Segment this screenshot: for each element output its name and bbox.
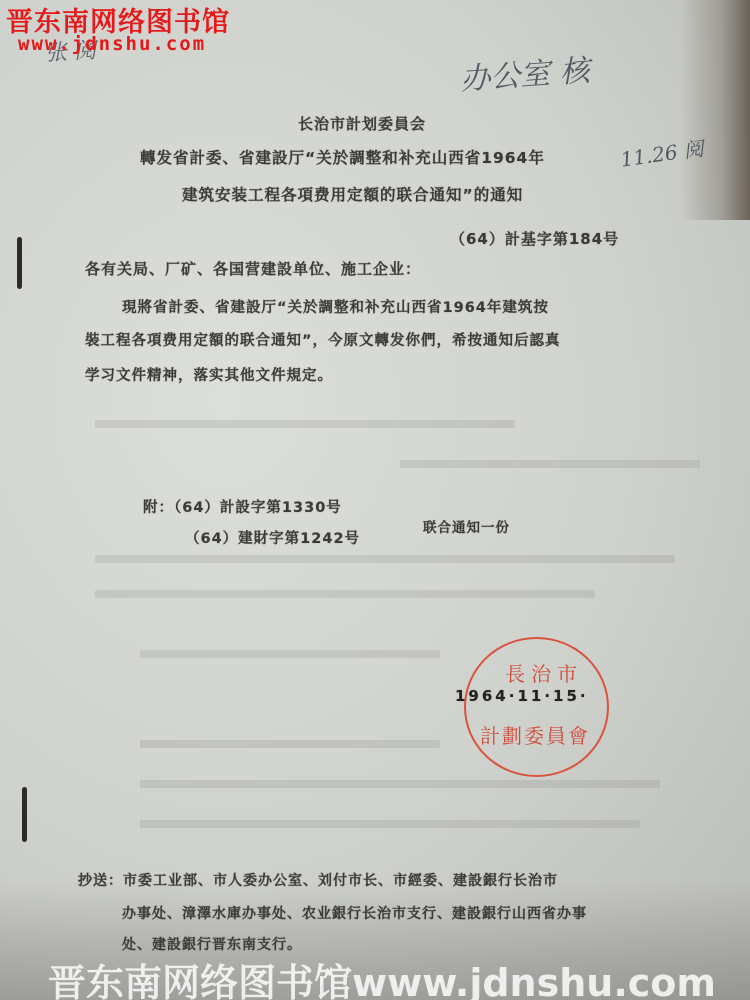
body-line-3: 学习文件精神，落实其他文件規定。 [85, 364, 333, 385]
attachment-1: （64）計設字第1330号 [174, 500, 342, 516]
attachment-2: （64）建財字第1242号 [185, 527, 360, 548]
body-line-1: 現將省計委、省建設厅“关於調整和补充山西省1964年建筑按 [122, 296, 549, 317]
document-date: 1964·11·15· [455, 687, 589, 705]
page-edge-shadow [680, 0, 750, 220]
seal-bottom-text: 計劃委員會 [480, 720, 590, 749]
cc-line-2: 办事处、漳澤水庫办事处、农业銀行长治市支行、建設銀行山西省办事 [122, 903, 587, 923]
binding-staple-mark-top [17, 237, 22, 289]
subject-line-2: 建筑安装工程各項费用定額的联合通知”的通知 [182, 183, 523, 205]
cc-line-1: 抄送：市委工业部、市人委办公室、刘付市长、市經委、建設銀行长治市 [78, 870, 558, 890]
show-through-text [140, 780, 660, 788]
issuer-title: 长治市計划委員会 [298, 113, 426, 134]
show-through-text [140, 740, 440, 748]
handwritten-note-top-right: 办公室 核 [459, 46, 591, 99]
show-through-text [140, 650, 440, 658]
watermark-url: www.jdnshu.com [18, 33, 206, 55]
binding-staple-mark-bottom [22, 787, 27, 842]
attachment-line-1: 附：（64）計設字第1330号 [143, 496, 342, 517]
show-through-text [95, 555, 675, 563]
seal-top-text: 長治市 [505, 658, 583, 687]
show-through-text [140, 820, 640, 828]
body-line-2: 裝工程各項费用定額的联合通知”，今原文轉发你們，希按通知后認真 [85, 329, 561, 350]
attachment-suffix: 联合通知一份 [423, 516, 510, 536]
subject-line-1: 轉发省計委、省建設厅“关於調整和补充山西省1964年 [140, 146, 545, 168]
show-through-text [95, 420, 515, 428]
cc-line-3: 处、建設銀行晋东南支行。 [122, 934, 302, 954]
show-through-text [95, 590, 595, 598]
watermark-bottom: 晋东南网络图书馆www.jdnshu.com [48, 952, 716, 1000]
addressee-line: 各有关局、厂矿、各国营建設单位、施工企业： [85, 258, 421, 279]
attachment-label: 附： [143, 500, 174, 516]
document-number: （64）計基字第184号 [450, 228, 619, 249]
show-through-text [400, 460, 700, 468]
